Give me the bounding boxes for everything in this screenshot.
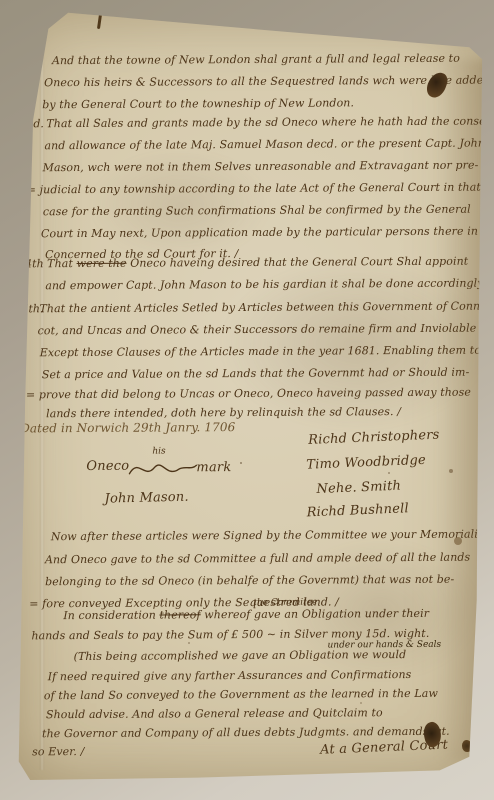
manuscript-line: Set a price and Value on the sd Lands th… bbox=[42, 367, 470, 382]
oneco-mark-flourish bbox=[126, 455, 198, 481]
manuscript-line: the Governor and Company of all dues deb… bbox=[42, 726, 450, 741]
line-segment: whereof gave an Obligation under their bbox=[201, 607, 430, 621]
manuscript-line: Except those Clauses of the Articles mad… bbox=[40, 345, 481, 360]
manuscript-line: lands there intended, doth here by relin… bbox=[46, 406, 401, 421]
signature: Richd Bushnell bbox=[306, 502, 409, 521]
manuscript-line: = judicial to any township according to … bbox=[27, 182, 481, 197]
manuscript-line: Now after these articles were Signed by … bbox=[51, 528, 494, 543]
manuscript-line: Mason, wch were not in them Selves unrea… bbox=[43, 160, 479, 175]
manuscript-line: and allowance of the late Maj. Samuel Ma… bbox=[44, 138, 485, 153]
manuscript-line: In consideration thereof whereof gave an… bbox=[63, 608, 429, 623]
archival-number: 123c bbox=[441, 26, 477, 41]
manuscript-line: Oneco his heirs & Successors to all the … bbox=[44, 75, 490, 90]
manuscript-line: And Oneco gave to the sd Committee a ful… bbox=[45, 552, 470, 567]
manuscript-line: of the land So conveyed to the Governmen… bbox=[44, 688, 438, 703]
manuscript-line: Court in May next, Upon application made… bbox=[41, 226, 478, 241]
manuscript-line: by the General Court to the towneship of… bbox=[42, 97, 354, 112]
manuscript-line: cot, and Uncas and Oneco & their Success… bbox=[38, 323, 477, 338]
signature-oneco: Oneco bbox=[86, 460, 129, 475]
line-segment: Oneco haveing desired that the General C… bbox=[127, 255, 469, 270]
signature-mark-label: mark bbox=[196, 461, 231, 476]
manuscript-line: (This being accomplished we gave an Obli… bbox=[74, 649, 407, 664]
manuscript-text: And that the towne of New London shal gr… bbox=[0, 0, 494, 800]
manuscript-line: and empower Capt. John Mason to be his g… bbox=[45, 278, 483, 293]
manuscript-line: belonging to the sd Oneco (in behalfe of… bbox=[45, 574, 454, 589]
manuscript-line: That were the Oneco haveing desired that… bbox=[47, 256, 468, 271]
manuscript-line: = prove that did belong to Uncas or Onec… bbox=[26, 387, 471, 402]
signature: Timo Woodbridge bbox=[306, 454, 426, 474]
manuscript-line: That the antient Articles Setled by Arti… bbox=[39, 300, 494, 315]
struck-text: were the bbox=[77, 257, 127, 270]
manuscript-line: Should advise. And also a General releas… bbox=[46, 707, 383, 722]
line-segment: In consideration bbox=[63, 609, 159, 623]
signature: Richd Christophers bbox=[308, 429, 440, 449]
manuscript-line: case for the granting Such confirmations… bbox=[43, 204, 471, 219]
postscript: At a General Court bbox=[320, 739, 448, 759]
ink-speckles bbox=[240, 462, 242, 464]
manuscript-line: so Ever. / bbox=[32, 746, 84, 759]
signature-john-mason: John Mason. bbox=[104, 491, 189, 508]
line-segment: That bbox=[47, 257, 76, 270]
clause-number: 3d. bbox=[26, 117, 44, 130]
manuscript-line: And that the towne of New London shal gr… bbox=[52, 53, 460, 68]
manuscript-page: 3 123c And that the towne of New London … bbox=[0, 0, 494, 800]
clause-number: 4th bbox=[25, 257, 44, 270]
photograph-background: 3 123c And that the towne of New London … bbox=[0, 0, 494, 800]
manuscript-line: If need required give any farther Assura… bbox=[48, 669, 412, 684]
manuscript-line: That all Sales and grants made by the sd… bbox=[46, 115, 494, 130]
dateline: Dated in Norwich 29th Janry. 1706 bbox=[20, 421, 235, 436]
signature: Nehe. Smith bbox=[316, 480, 401, 498]
struck-text: thereof bbox=[159, 608, 200, 621]
